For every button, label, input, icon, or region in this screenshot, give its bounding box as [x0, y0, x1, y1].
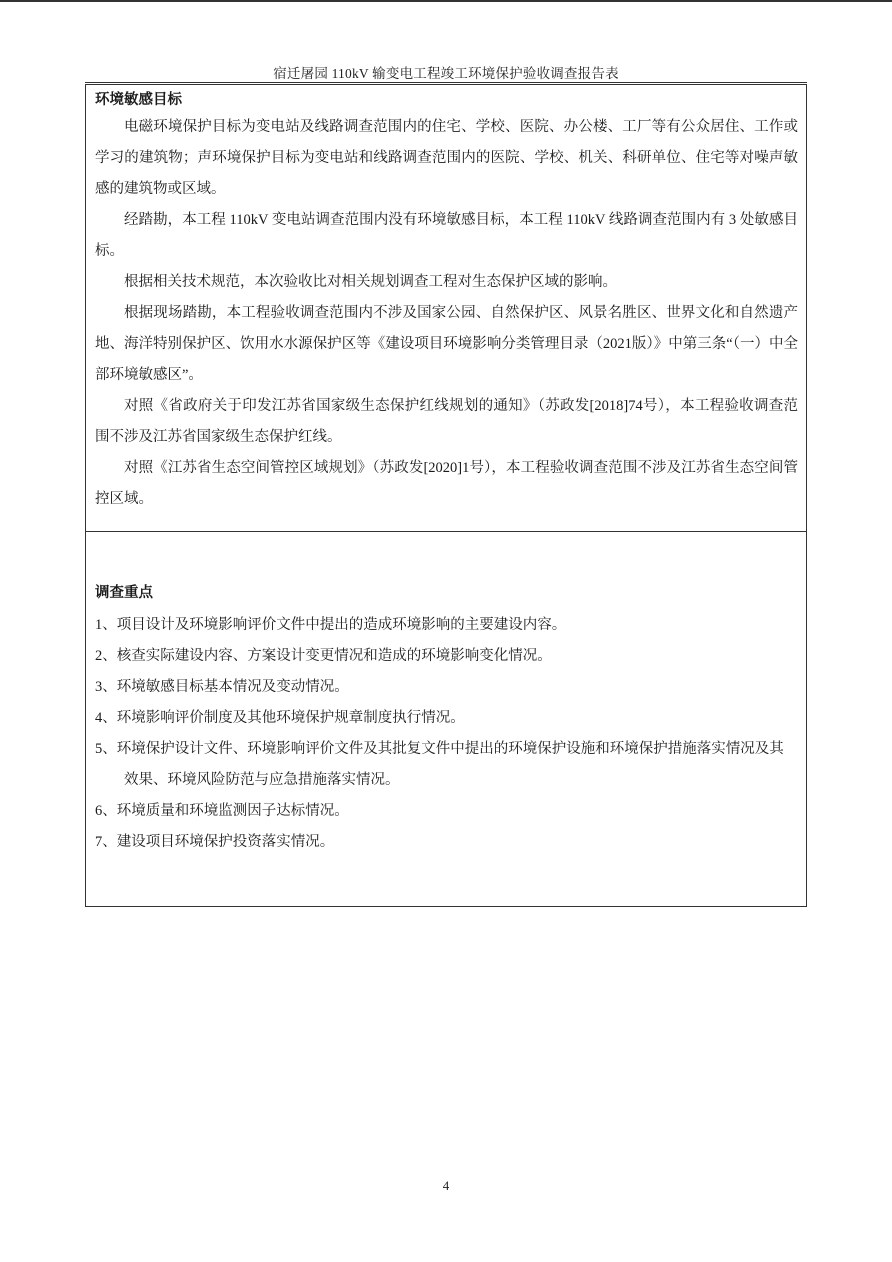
paragraph: 对照《省政府关于印发江苏省国家级生态保护红线规划的通知》（苏政发[2018]74… [95, 391, 798, 453]
list-item: 1、项目设计及环境影响评价文件中提出的造成环境影响的主要建设内容。 [95, 610, 798, 641]
paragraph: 根据现场踏勘，本工程验收调查范围内不涉及国家公园、自然保护区、风景名胜区、世界文… [95, 298, 798, 391]
section-title-sensitive-targets: 环境敏感目标 [95, 88, 798, 112]
list-item: 5、环境保护设计文件、环境影响评价文件及其批复文件中提出的环境保护设施和环境保护… [95, 734, 798, 796]
paragraph: 经踏勘，本工程 110kV 变电站调查范围内没有环境敏感目标，本工程 110kV… [95, 205, 798, 267]
page-top-border [0, 0, 892, 2]
list-item: 6、环境质量和环境监测因子达标情况。 [95, 796, 798, 827]
section-title-survey-focus: 调查重点 [95, 581, 798, 605]
page-number: 4 [0, 1178, 892, 1194]
report-table: 环境敏感目标 电磁环境保护目标为变电站及线路调查范围内的住宅、学校、医院、办公楼… [85, 84, 807, 907]
sensitive-targets-cell: 环境敏感目标 电磁环境保护目标为变电站及线路调查范围内的住宅、学校、医院、办公楼… [86, 85, 806, 532]
list-item: 2、核查实际建设内容、方案设计变更情况和造成的环境影响变化情况。 [95, 641, 798, 672]
header-rule [85, 82, 807, 83]
paragraph: 电磁环境保护目标为变电站及线路调查范围内的住宅、学校、医院、办公楼、工厂等有公众… [95, 112, 798, 205]
list-item: 4、环境影响评价制度及其他环境保护规章制度执行情况。 [95, 703, 798, 734]
list-item: 7、建设项目环境保护投资落实情况。 [95, 827, 798, 858]
running-header: 宿迁屠园 110kV 输变电工程竣工环境保护验收调查报告表 [85, 62, 807, 82]
list-item: 3、环境敏感目标基本情况及变动情况。 [95, 672, 798, 703]
survey-focus-cell: 调查重点 1、项目设计及环境影响评价文件中提出的造成环境影响的主要建设内容。 2… [86, 532, 806, 906]
paragraph: 对照《江苏省生态空间管控区域规划》（苏政发[2020]1号），本工程验收调查范围… [95, 453, 798, 515]
paragraph: 根据相关技术规范，本次验收比对相关规划调查工程对生态保护区域的影响。 [95, 267, 798, 298]
